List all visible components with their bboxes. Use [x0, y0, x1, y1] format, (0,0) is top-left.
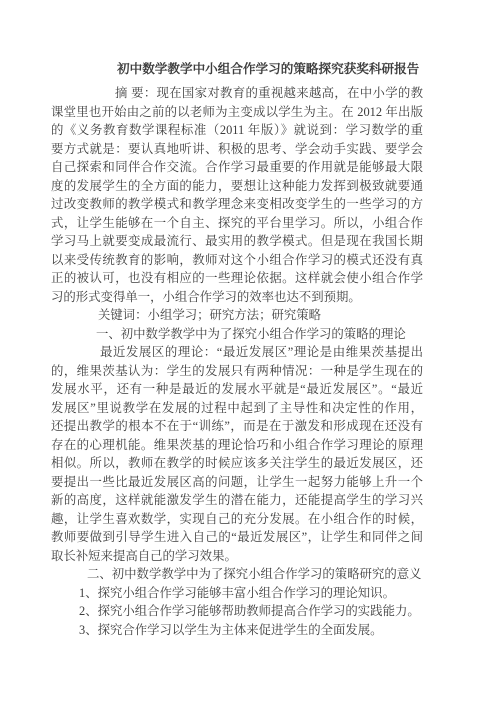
text-line: 发展区”里说教学在发展的过程中起到了主导性和决定性的作用， [51, 399, 423, 418]
document-title: 初中数学教学中小组合作学习的策略探究获奖科研报告 [51, 60, 423, 79]
text-line: 学习马上就要变成最流行、最实用的教学模式。但是现在我国长期 [51, 232, 423, 251]
text-line: 二、初中数学教学中为了探究小组合作学习的策略研究的意义 [51, 565, 423, 584]
text-line: 习的形式变得单一，小组合作学习的效率也达不到预期。 [51, 288, 423, 307]
text-line: 摘 要：现在国家对教育的重视越来越高，在中小学的教学 [51, 84, 423, 103]
text-line: 教师要做到引导学生进入自己的“最近发展区”，让学生和同伴之间 [51, 528, 423, 547]
text-line: 取长补短来提高自己的学习效果。 [51, 547, 423, 566]
text-line: 要提出一些比最近发展区高的问题，让学生一起努力能够上升一个 [51, 473, 423, 492]
document-text: 摘 要：现在国家对教育的重视越来越高，在中小学的教学课堂里也开始由之前的以老师为… [51, 84, 423, 639]
text-line: 关键词：小组学习；研究方法；研究策略 [51, 306, 423, 325]
text-line: 相似。所以，教师在教学的时候应该多关注学生的最近发展区，还 [51, 454, 423, 473]
text-line: 趣，让学生喜欢数学，实现自己的充分发展。在小组合作的时候， [51, 510, 423, 529]
text-line: 的，维果茨基认为：学生的发展只有两种情况：一种是学生现在的 [51, 362, 423, 381]
text-line: 式，让学生能够在一个自主、探究的平台里学习。所以，小组合作 [51, 214, 423, 233]
text-line: 1、探究小组合作学习能够丰富小组合作学习的理论知识。 [51, 584, 423, 603]
text-line: 过改变教师的教学模式和教学理念来变相改变学生的一些学习的方 [51, 195, 423, 214]
text-line: 度的发展学生的全方面的能力，要想让这种能力发挥到极致就要通 [51, 177, 423, 196]
document-page: 初中数学教学中小组合作学习的策略探究获奖科研报告 摘 要：现在国家对教育的重视越… [0, 0, 500, 707]
text-line: 最近发展区的理论：“最近发展区”理论是由维果茨基提出 [51, 343, 423, 362]
text-line: 还提出教学的根本不在于“训练”，而是在于激发和形成现在还没有 [51, 417, 423, 436]
text-line: 以来受传统教育的影响，教师对这个小组合作学习的模式还没有真 [51, 251, 423, 270]
text-line: 2、探究小组合作学习能够帮助教师提高合作学习的实践能力。 [51, 602, 423, 621]
document-body: 初中数学教学中小组合作学习的策略探究获奖科研报告 摘 要：现在国家对教育的重视越… [0, 0, 500, 639]
text-line: 一、初中数学教学中为了探究小组合作学习的策略的理论 [51, 325, 423, 344]
text-line: 3、探究合作学习以学生为主体来促进学生的全面发展。 [51, 621, 423, 640]
text-line: 要方式就是：要认真地听讲、积极的思考、学会动手实践、要学会 [51, 140, 423, 159]
text-line: 自己探索和同伴合作交流。合作学习最重要的作用就是能够最大限 [51, 158, 423, 177]
text-line: 课堂里也开始由之前的以老师为主变成以学生为主。在 2012 年出版 [51, 103, 423, 122]
text-line: 正的被认可，也没有相应的一些理论依据。这样就会使小组合作学 [51, 269, 423, 288]
text-line: 存在的心理机能。维果茨基的理论恰巧和小组合作学习理论的原理 [51, 436, 423, 455]
text-line: 新的高度，这样就能激发学生的潜在能力，还能提高学生的学习兴 [51, 491, 423, 510]
text-line: 发展水平，还有一种是最近的发展水平就是“最近发展区”。“最近 [51, 380, 423, 399]
text-line: 的《义务教育数学课程标准（2011 年版）》就说到：学习数学的重 [51, 121, 423, 140]
